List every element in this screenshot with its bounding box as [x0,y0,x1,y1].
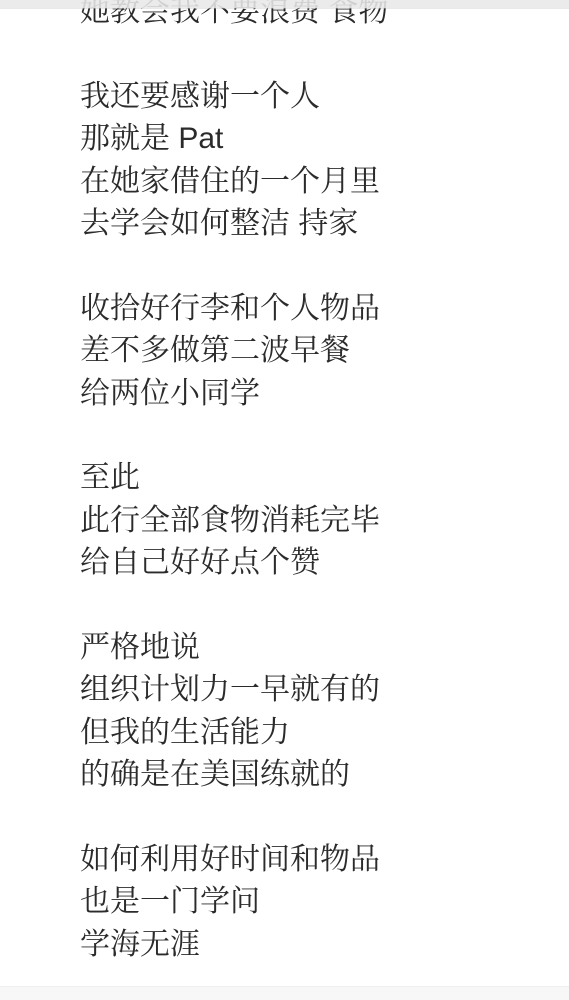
bottom-edge-bar [0,986,569,1000]
text-line: 给自己好好点个赞 [80,542,555,584]
text-line: 给两位小同学 [80,373,555,415]
paragraph: 我还要感谢一个人那就是 Pat在她家借住的一个月里去学会如何整洁 持家 [80,76,555,246]
top-seam-bar [0,0,569,8]
text-line: 去学会如何整洁 持家 [80,203,555,245]
paragraph: 如何利用好时间和物品也是一门学问学海无涯 [80,839,555,966]
text-line: 至此 [80,457,555,499]
text-line: 在她家借住的一个月里 [80,161,555,203]
text-line: 学海无涯 [80,924,555,966]
text-line: 收拾好行李和个人物品 [80,288,555,330]
paragraph: 收拾好行李和个人物品差不多做第二波早餐给两位小同学 [80,288,555,415]
paragraph: 严格地说组织计划力一早就有的但我的生活能力的确是在美国练就的 [80,627,555,797]
text-line: 的确是在美国练就的 [80,754,555,796]
text-line: 此行全部食物消耗完毕 [80,500,555,542]
article-page: 她教会我不要浪费 食物我还要感谢一个人那就是 Pat在她家借住的一个月里去学会如… [0,0,569,1000]
text-line: 也是一门学问 [80,881,555,923]
text-line: 但我的生活能力 [80,712,555,754]
text-line: 严格地说 [80,627,555,669]
text-line: 组织计划力一早就有的 [80,669,555,711]
text-line: 如何利用好时间和物品 [80,839,555,881]
article-text: 她教会我不要浪费 食物我还要感谢一个人那就是 Pat在她家借住的一个月里去学会如… [80,0,555,966]
text-line: 差不多做第二波早餐 [80,330,555,372]
text-line: 那就是 Pat [80,118,555,160]
text-line: 我还要感谢一个人 [80,76,555,118]
paragraph: 至此此行全部食物消耗完毕给自己好好点个赞 [80,457,555,584]
